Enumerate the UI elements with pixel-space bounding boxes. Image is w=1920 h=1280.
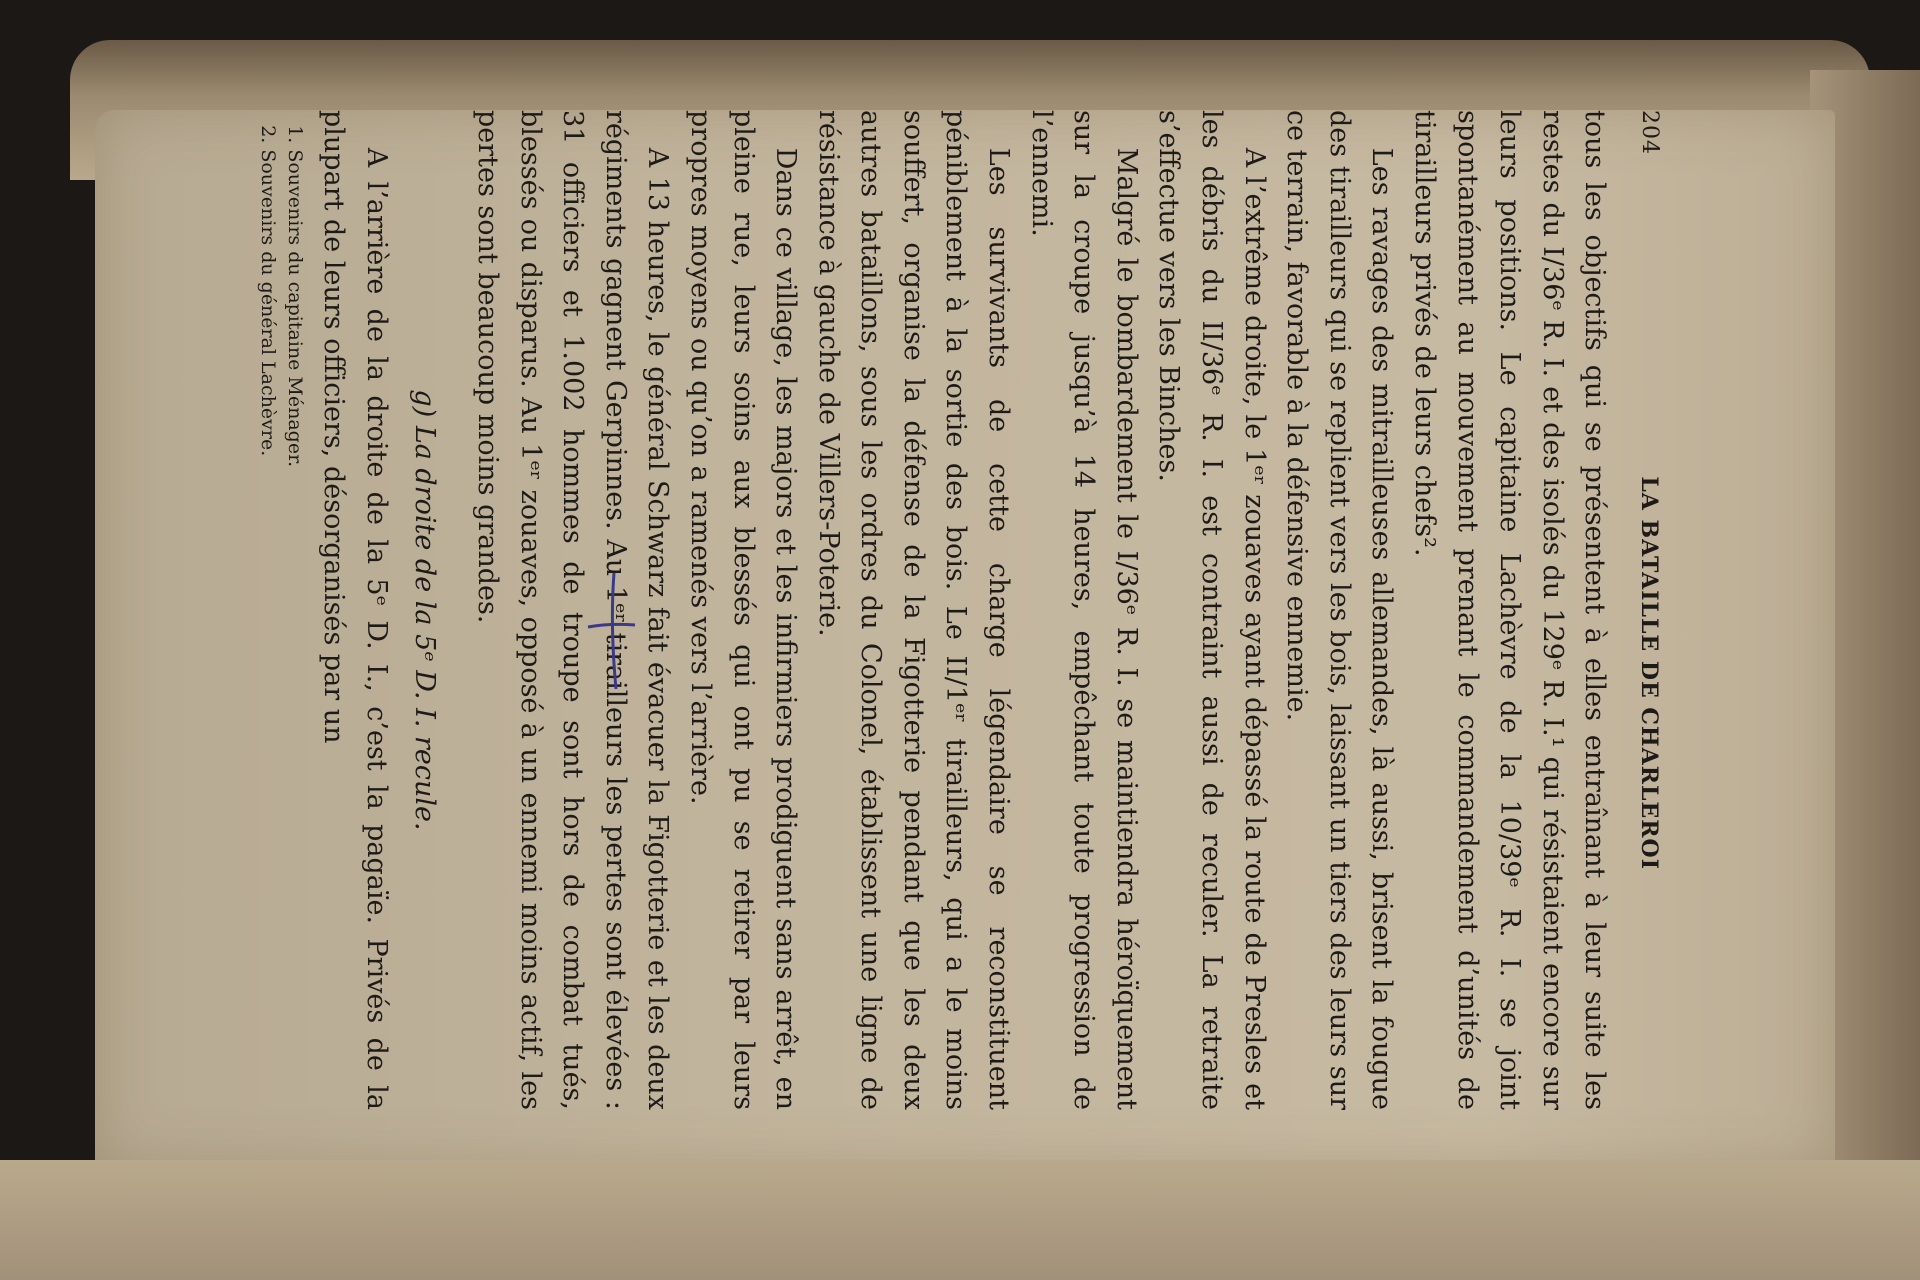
- pencil-cross-mark-icon: [580, 565, 640, 695]
- paragraph: Les survivants de cette charge légendair…: [806, 110, 1019, 1110]
- running-title: LA BATAILLE DE CHARLEROI: [1627, 476, 1670, 870]
- footnote: 1. Souvenirs du capitaine Ménager.: [281, 110, 308, 1110]
- paragraph: A l’arrière de la droite de la 5ᵉ D. I.,…: [312, 110, 397, 1110]
- paragraph: A 13 heures, le général Schwarz fait éva…: [465, 110, 678, 1110]
- paragraph: Dans ce village, les majors et les infir…: [678, 110, 806, 1110]
- rotated-page-content: 204 LA BATAILLE DE CHARLEROI tous les ob…: [254, 110, 1670, 1110]
- page-text-block: 204 LA BATAILLE DE CHARLEROI tous les ob…: [310, 110, 1670, 910]
- paragraph: Malgré le bombardement le I/36ᵉ R. I. se…: [1019, 110, 1147, 1110]
- section-heading: g) La droite de la 5ᵉ D. I. recule.: [403, 110, 446, 1110]
- page-number: 204: [1627, 110, 1670, 155]
- paragraph: tous les objectifs qui se présentent à e…: [1402, 110, 1615, 1110]
- paragraph: Les ravages des mitrailleuses allemandes…: [1275, 110, 1403, 1110]
- running-header: 204 LA BATAILLE DE CHARLEROI: [1627, 110, 1670, 1110]
- footnote: 2. Souvenirs du général Lachèvre.: [254, 110, 281, 1110]
- footnotes: 1. Souvenirs du capitaine Ménager. 2. So…: [254, 110, 308, 1110]
- facing-page: [0, 1160, 1920, 1280]
- paragraph: A l’extrême droite, le 1ᵉʳ zouaves ayant…: [1147, 110, 1275, 1110]
